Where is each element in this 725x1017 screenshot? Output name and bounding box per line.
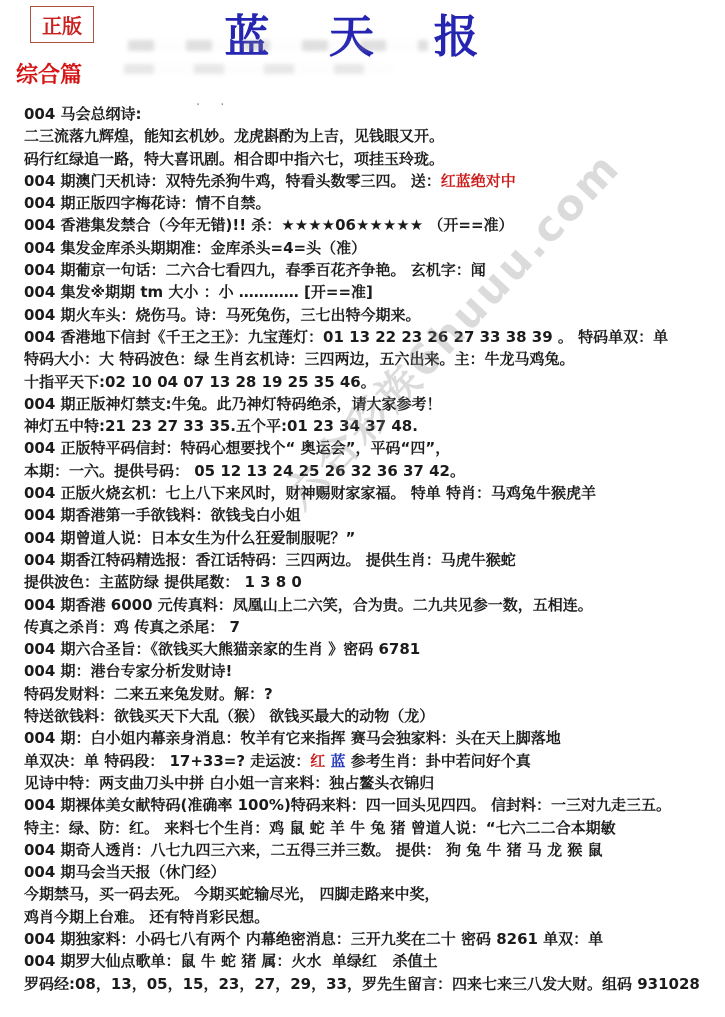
section-title: 综合篇 xyxy=(16,58,82,89)
text-line: 单双决：单 特码段： 17+33=? 走运波：红 蓝 参考生肖：卦中若问好个真 xyxy=(24,750,713,772)
text-line: 004 期香港 6000 元传真料：凤凰山上二六笑，合为贵。二九共见参一数，五相… xyxy=(24,594,713,616)
text-line: 004 期香江特码精选报：香江话特码：三四两边。 提供生肖：马虎牛猴蛇 xyxy=(24,549,713,571)
text-line: 004 香港集发禁合（今年无错)!! 杀：★★★★06★★★★★ （开==准） xyxy=(24,214,713,236)
text-line: 本期：一六。提供号码： 05 12 13 24 25 26 32 36 37 4… xyxy=(24,460,713,482)
text-line: 004 香港地下信封《千王之王》：九宝莲灯：01 13 22 23 26 27 … xyxy=(24,326,713,348)
text-line: 罗码经:08，13，05，15，23，27，29，33，罗先生留言：四来七来三八… xyxy=(24,973,713,995)
text-line: 今期禁马，买一码去死。 今期买蛇输尽光， 四脚走路来中奖， xyxy=(24,883,713,905)
text-line: 004 期火车头：烧伤马。诗：马死兔伤，三七出特今期来。 xyxy=(24,304,713,326)
text-line: 004 期罗大仙点歌单：鼠 牛 蛇 猪 属：火水 单绿红 杀值土 xyxy=(24,950,713,972)
text-line: 004 期奇人透肖：八七九四三六来，二五得三并三数。 提供： 狗 兔 牛 猪 马… xyxy=(24,839,713,861)
text-line: 004 期独家料：小码七八有两个 内幕绝密消息：三开九奖在二十 密码 8261 … xyxy=(24,928,713,950)
text-line: 传真之杀肖：鸡 传真之杀尾： 7 xyxy=(24,616,713,638)
text-line: 004 期葡京一句话：二六合七看四九，春季百花齐争艳。 玄机字：闻 xyxy=(24,259,713,281)
text-line: 特主：绿、防：红。 来料七个生肖：鸡 鼠 蛇 羊 牛 兔 猪 曾道人说：“七六二… xyxy=(24,817,713,839)
text-line: 004 期香港第一手欲钱料：欲钱戋白小姐 xyxy=(24,504,713,526)
text-line: 004 期：港台专家分析发财诗! xyxy=(24,660,713,682)
scan-smudge xyxy=(124,64,394,74)
text-line: 神灯五中特:21 23 27 33 35.五个平:01 23 34 37 48. xyxy=(24,415,713,437)
text-line: 码行红绿追一路，特大喜讯剧。相合即中指六七，项挂玉玲珑。 xyxy=(24,148,713,170)
text-line: 004 期澳门天机诗：双特先杀狗牛鸡，特看头数零三四。 送：红蓝绝对中 xyxy=(24,170,713,192)
text-line: 004 期正版四字梅花诗：情不自禁。 xyxy=(24,192,713,214)
text-line: 特码大小：大 特码波色：绿 生肖玄机诗：三四两边，五六出来。主：牛龙马鸡兔。 xyxy=(24,348,713,370)
text-line: 鸡肖今期上台难。 还有特肖彩民想。 xyxy=(24,906,713,928)
page-title: 蓝 天 报 xyxy=(0,0,725,65)
text-line: 004 马会总纲诗: xyxy=(24,103,713,125)
text-line: 004 集发※期期 tm 大小 ：小 ………… [开==准] xyxy=(24,281,713,303)
text-line: 004 正版特平码信封：特码心想要找个“ 奥运会”，平码“四”， xyxy=(24,437,713,459)
text-line: 004 期正版神灯禁支:牛兔。此乃神灯特码绝杀，请大家参考！ xyxy=(24,393,713,415)
text-line: 提供波色：主蓝防绿 提供尾数： 1 3 8 0 xyxy=(24,571,713,593)
text-line: 004 期：白小姐内幕亲身消息：牧羊有它来指挥 赛马会独家料：头在天上脚落地 xyxy=(24,727,713,749)
text-line: 004 期马会当天报（休门经） xyxy=(24,861,713,883)
text-line: 见诗中特：两支曲刀头中拼 白小姐一言来料：独占鳌头衣锦归 xyxy=(24,772,713,794)
text-line: 十指平天下:02 10 04 07 13 28 19 25 35 46。 xyxy=(24,371,713,393)
text-line: 004 集发金库杀头期期准：金库杀头=4=头（准） xyxy=(24,237,713,259)
text-line: 004 期六合圣旨：《欲钱买大熊猫亲家的生肖 》密码 6781 xyxy=(24,638,713,660)
text-line: 004 正版火烧玄机：七上八下来风时，财神赐财家家福。 特单 特肖：马鸡兔牛猴虎… xyxy=(24,482,713,504)
text-line: 特送欲钱料：欲钱买天下大乱（猴） 欲钱买最大的动物（龙） xyxy=(24,705,713,727)
text-line: 二三流落九辉煌，能知玄机妙。龙虎斟酌为上吉，见钱眼又开。 xyxy=(24,125,713,147)
text-line: 特码发财料：二来五来兔发财。解：? xyxy=(24,683,713,705)
text-line: 004 期裸体美女献特码(准确率 100%)特码来料：四一回头见四四。 信封料：… xyxy=(24,794,713,816)
text-line: 004 期曾道人说：日本女生为什么狂爱制服呢？” xyxy=(24,527,713,549)
newspaper-page: 正版 蓝 天 报 · · 综合篇 004 马会总纲诗:二三流落九辉煌，能知玄机妙… xyxy=(0,0,725,1017)
body-lines: 004 马会总纲诗:二三流落九辉煌，能知玄机妙。龙虎斟酌为上吉，见钱眼又开。码行… xyxy=(24,103,713,995)
